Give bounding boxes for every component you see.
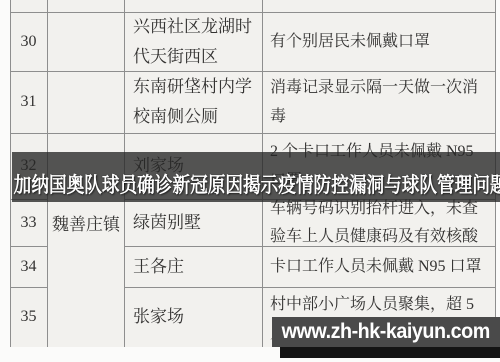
location-cell: 张家场 (125, 287, 261, 347)
issue-cell: 卡口工作人员未佩戴 N95 口罩 (263, 246, 495, 287)
location-cell: 东南研垡村内学校南侧公厕 (125, 71, 261, 133)
screenshot-root: 30 兴西社区龙湖时代天街西区 有个别居民未佩戴口罩 31 东南研垡村内学校南侧… (0, 0, 500, 362)
location-cell: 兴西社区龙湖时代天街西区 (125, 12, 261, 71)
left-margin (0, 0, 10, 362)
row-number-cell: 30 (10, 12, 47, 71)
headline-overlay-banner: 加纳国奥队球员确诊新冠原因揭示疫情防控漏洞与球队管理问题 (12, 152, 500, 202)
issue-cell: 有个别居民未佩戴口罩 (263, 12, 495, 71)
issue-cell: 消毒记录显示隔一天做一次消毒 (263, 71, 495, 133)
watermark-band: www.zh-hk-kaiyun.com (272, 317, 500, 347)
row-number-cell: 35 (10, 287, 47, 347)
watermark-black-strip (280, 347, 500, 358)
row-number-cell: 34 (10, 246, 47, 287)
location-cell: 王各庄 (125, 246, 261, 287)
watermark-url-text: www.zh-hk-kaiyun.com (282, 320, 490, 344)
row-number-cell: 31 (10, 71, 47, 133)
row-number-cell: 33 (10, 199, 47, 246)
location-cell: 绿茵别墅 (125, 199, 261, 246)
issue-cell: 车辆号码识别抬杆进入，未查验车上人员健康码及有效核酸 (263, 195, 495, 250)
town-cell: 魏善庄镇 (48, 199, 124, 246)
headline-text: 加纳国奥队球员确诊新冠原因揭示疫情防控漏洞与球队管理问题 (12, 174, 500, 202)
